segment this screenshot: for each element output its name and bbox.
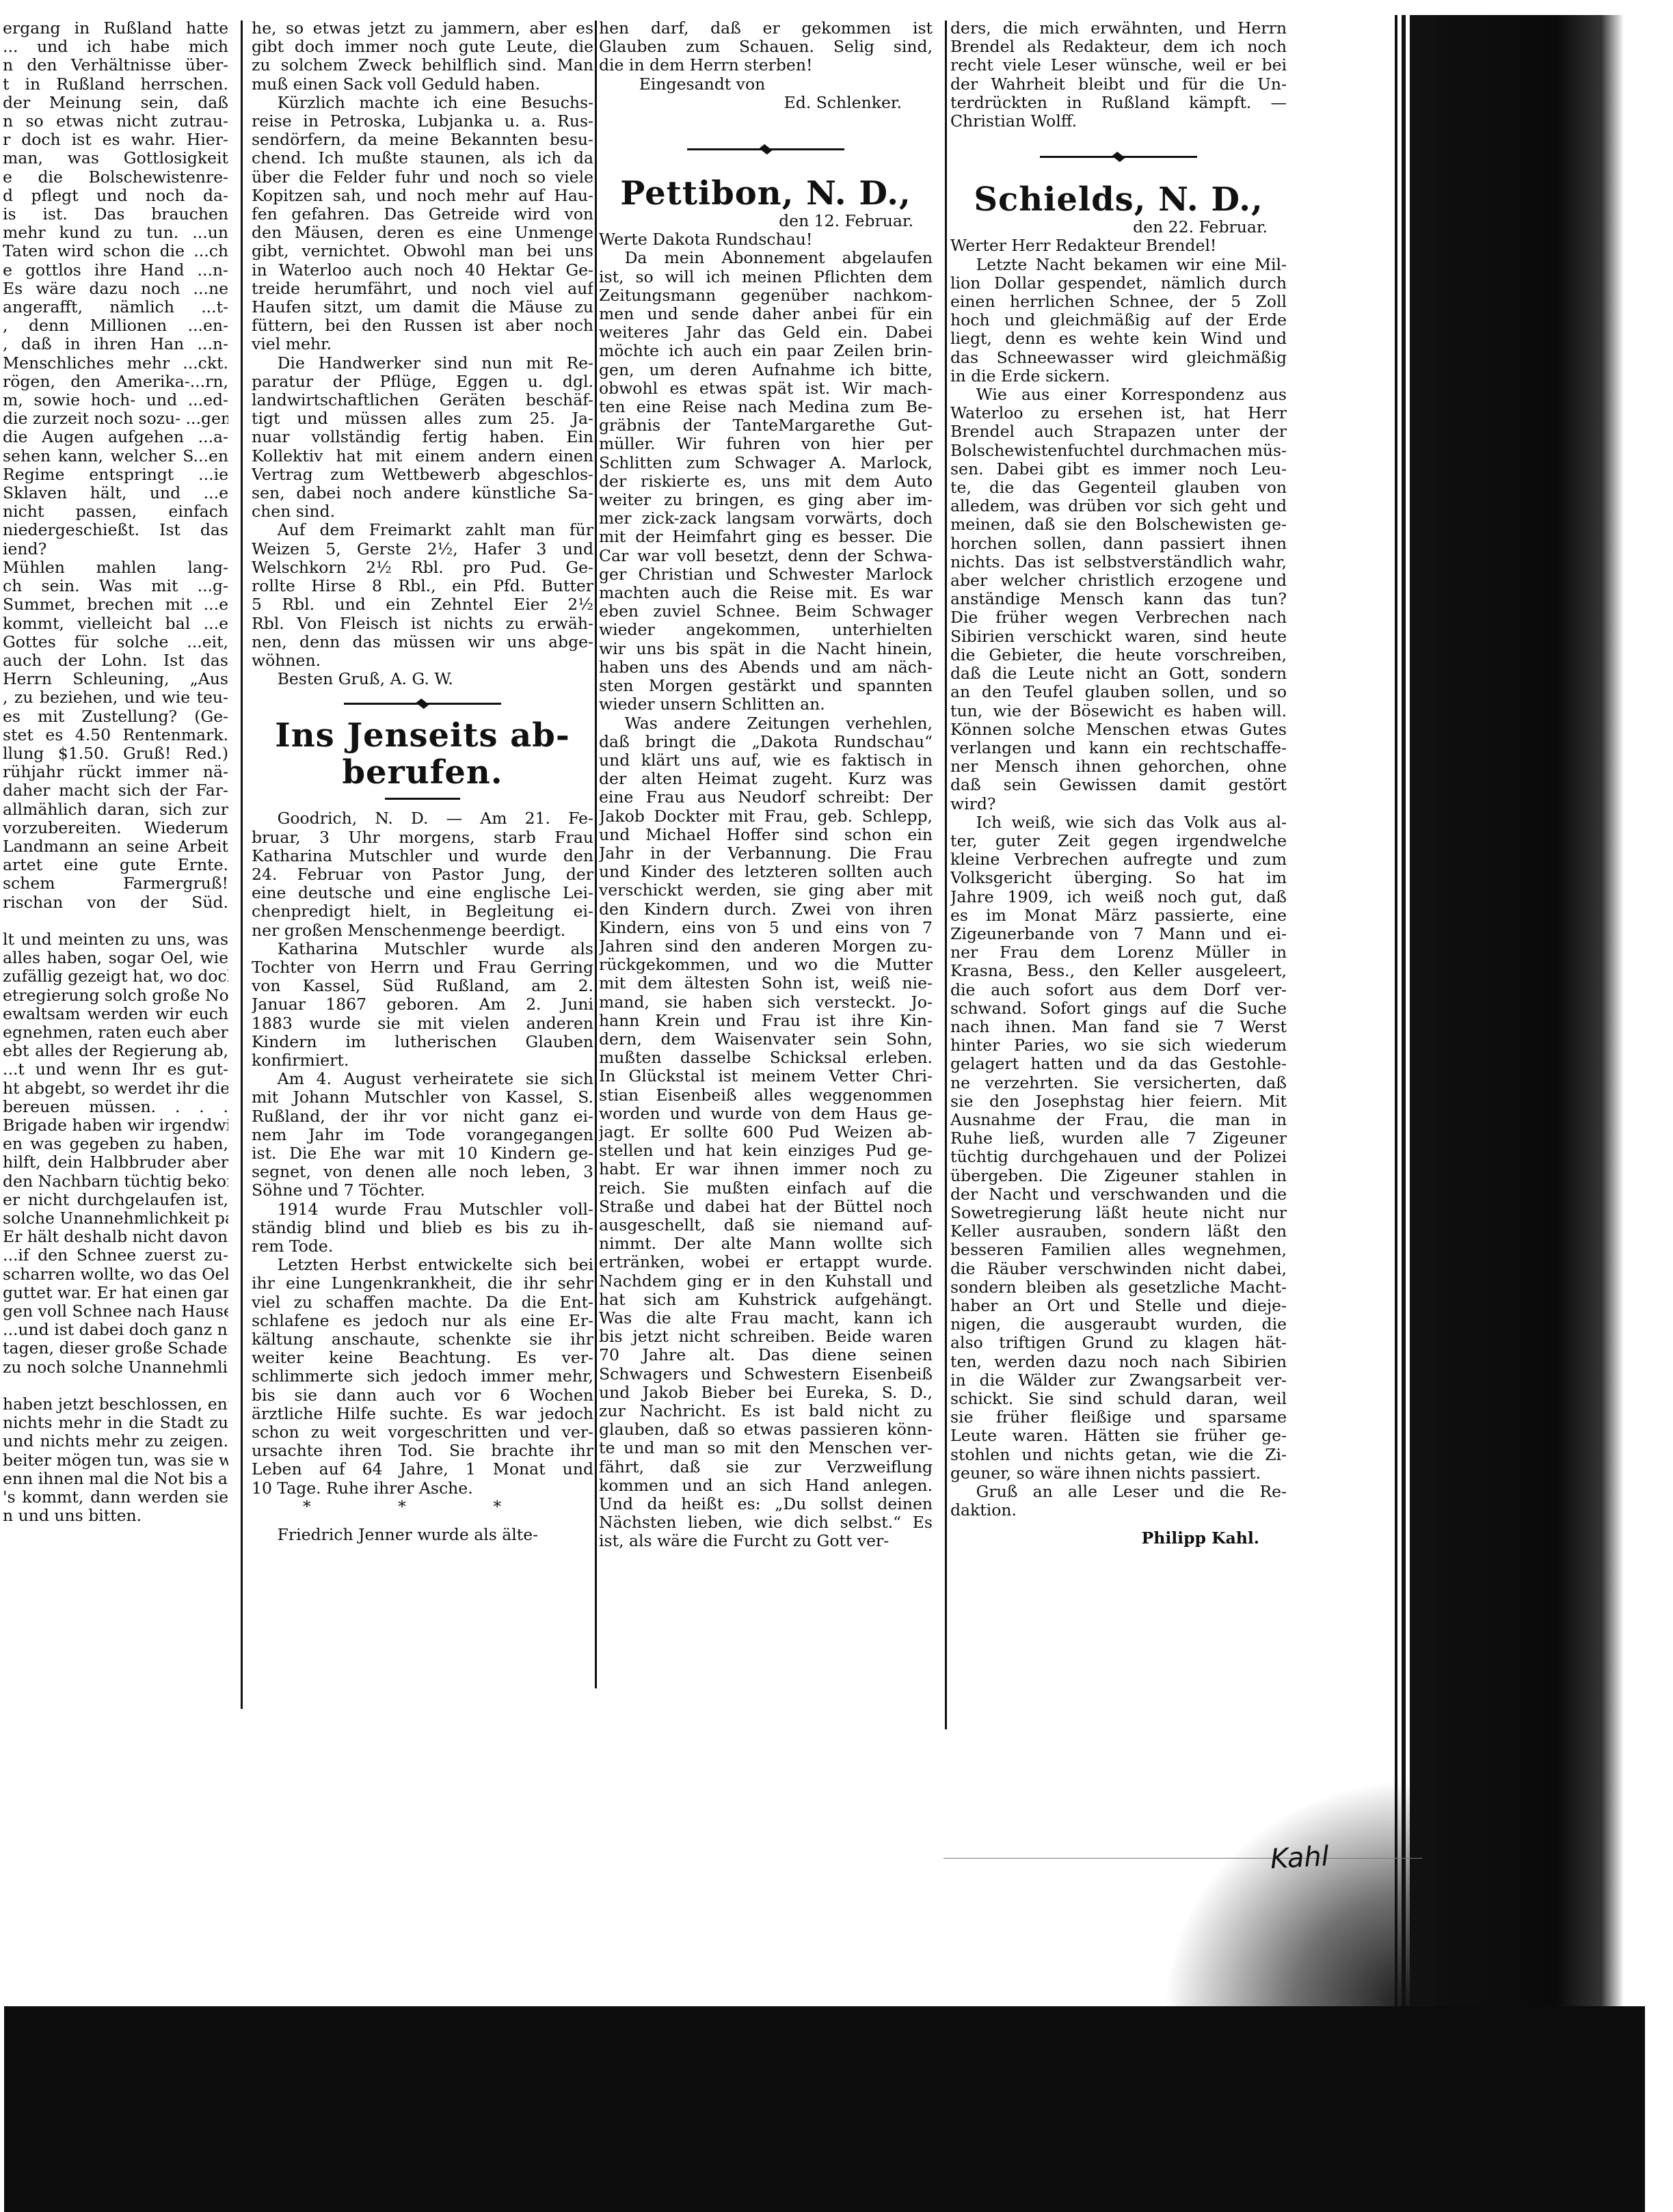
text-line: Kindern im lutherischen Glauben	[252, 1033, 593, 1051]
text-line: glauben, daß so etwas passieren könn-	[599, 1420, 933, 1439]
text-line: nach ihnen. Man fand sie 7 Werst	[950, 1018, 1287, 1036]
text-line: sendörfern, da meine Bekannten besu-	[252, 131, 593, 149]
text-line: nichts mehr in die Stadt zu	[3, 1414, 228, 1432]
text-line: schlafene es jedoch nur als eine Er-	[252, 1312, 593, 1330]
text-line: lt und meinten zu uns, was	[3, 930, 228, 949]
scan-border-bottom	[4, 2006, 1645, 2212]
text-line: Bolschewistenfuchtel durchmachen müs-	[950, 442, 1287, 460]
text-line: ten, werden dazu noch nach Sibirien	[950, 1353, 1287, 1371]
text-line: , zu beziehen, und wie teu-	[3, 688, 228, 707]
text-line: Und da heißt es: „Du sollst deinen	[599, 1495, 933, 1513]
column-3: hen darf, daß er gekommen istGlauben zum…	[599, 19, 933, 1551]
text-line: ...t und wenn Ihr es gut-	[3, 1060, 228, 1079]
text-line: ist, als wäre die Furcht zu Gott ver-	[599, 1532, 933, 1550]
text-line: mehr kund zu tun. ...un	[3, 224, 228, 242]
text-line: ...und ist dabei doch ganz nie-	[3, 1321, 228, 1339]
text-line: Nachdem ging er in den Kuhstall und	[599, 1272, 933, 1291]
text-line: liegt, denn es wehte kein Wind und	[950, 329, 1287, 348]
text-line: man, was Gottlosigkeit	[3, 149, 228, 167]
text-line: Keller ausrauben, sondern läßt den	[950, 1222, 1287, 1241]
text-line: Wie aus einer Korrespondenz aus	[950, 386, 1287, 404]
text-line: es mit Zustellung? (Ge-	[3, 707, 228, 726]
text-line: ihr eine Lungenkrankheit, die ihr sehr	[252, 1274, 593, 1293]
section-divider	[599, 139, 933, 159]
text-line: zu noch solche Unannehmlich-	[3, 1358, 228, 1377]
text-line: hann Krein und Frau ist ihre Kin-	[599, 1012, 933, 1030]
text-line: Vertrag zum Wettbewerb abgeschlos-	[252, 466, 593, 484]
text-line: Ich weiß, wie sich das Volk aus al-	[950, 813, 1287, 832]
headline-underline	[385, 798, 460, 800]
text-line: kältung anschaute, schenkte sie ihr	[252, 1330, 593, 1349]
text-line: sehen kann, welcher S...en	[3, 447, 228, 466]
text-line: Volksgericht überging. So hat im	[950, 869, 1287, 887]
text-line: in Waterloo auch noch 40 Hektar Ge-	[252, 261, 593, 280]
signature-philipp-kahl: Philipp Kahl.	[950, 1529, 1287, 1548]
text-line: zufällig gezeigt hat, wo doch	[3, 967, 228, 986]
text-line: Es wäre dazu noch ...ne	[3, 280, 228, 298]
text-line: gräbnis der TanteMargarethe Gut-	[599, 416, 933, 435]
text-line: artet eine gute Ernte.	[3, 856, 228, 874]
column-rule-3	[945, 21, 947, 1729]
text-line: die Räuber verschwinden nicht dabei,	[950, 1260, 1287, 1278]
text-line: nuar vollständig fertig haben. Ein	[252, 428, 593, 446]
text-line: schlimmerte sich jedoch immer mehr,	[252, 1367, 593, 1386]
text-line: ...if den Schnee zuerst zu-	[3, 1246, 228, 1265]
text-line: te und man so mit den Menschen ver-	[599, 1439, 933, 1457]
headline-pettibon: Pettibon, N. D.,	[599, 175, 933, 212]
text-line: wöhnen.	[252, 651, 593, 670]
text-line: Brendel auch Strapazen unter der	[950, 422, 1287, 441]
text-line: 1914 wurde Frau Mutschler voll-	[252, 1200, 593, 1219]
text-line: enn ihnen mal die Not bis an	[3, 1470, 228, 1488]
text-line: Am 4. August verheiratete sie sich	[252, 1070, 593, 1088]
text-line: geuner, so wäre ihnen nichts passiert.	[950, 1464, 1287, 1483]
text-line: Kollektiv hat mit einem andern einen	[252, 447, 593, 466]
submitted-by-name: Ed. Schlenker.	[599, 94, 933, 112]
text-line: dern, dem Waisenvater sein Sohn,	[599, 1030, 933, 1049]
text-line: Weizen 5, Gerste 2½, Hafer 3 und	[252, 540, 593, 558]
column-rule-1	[241, 21, 243, 1709]
text-line: e die Bolschewistenre-	[3, 168, 228, 187]
text-line: bis sie dann auch vor 6 Wochen	[252, 1386, 593, 1405]
salutation-schields: Werter Herr Redakteur Brendel!	[950, 237, 1287, 255]
text-line: der Nacht und verschwanden und die	[950, 1185, 1287, 1204]
text-line: einen herrlichen Schnee, der 5 Zoll	[950, 293, 1287, 311]
text-line: d pflegt und noch da-	[3, 187, 228, 205]
text-line: verschickt werden, sie ging aber mit	[599, 881, 933, 900]
text-line: aber welcher christlich erzogene und	[950, 571, 1287, 590]
col4-para-3: Ich weiß, wie sich das Volk aus al-ter, …	[950, 813, 1287, 1483]
text-line: Straße und dabei hat der Büttel noch	[599, 1198, 933, 1216]
text-line: hat sich am Kuhstrick aufgehängt.	[599, 1291, 933, 1309]
text-line: konfirmiert.	[252, 1051, 593, 1070]
text-line: daß bringt die „Dakota Rundschau“	[599, 733, 933, 751]
text-line: niedergeschießt. Ist das	[3, 521, 228, 539]
text-line: schickt. Sie sind schuld daran, weil	[950, 1390, 1287, 1408]
text-line: Auf dem Freimarkt zahlt man für	[252, 521, 593, 539]
text-line: möchte ich auch ein paar Zeilen brin-	[599, 342, 933, 360]
text-line: besseren Familien alles wegnehmen,	[950, 1241, 1287, 1259]
text-line: ten eine Reise nach Medina zum Be-	[599, 398, 933, 416]
text-line: 5 Rbl. und ein Zehntel Eier 2½	[252, 595, 593, 614]
text-line: mußten dasselbe Schicksal erleben.	[599, 1049, 933, 1067]
text-line: die auch sofort aus dem Dorf ver-	[950, 981, 1287, 999]
text-line: und Michael Hoffer sind schon ein	[599, 826, 933, 844]
text-line: der Meinung sein, daß	[3, 94, 228, 112]
text-line: die Augen aufgehen ...a-	[3, 428, 228, 446]
text-line: hinter Paries, wo sie sich wiederum	[950, 1036, 1287, 1055]
text-line: Sowetregierung läßt heute nicht nur	[950, 1204, 1287, 1222]
text-line: Was die alte Frau macht, kann ich	[599, 1309, 933, 1327]
column-2: he, so etwas jetzt zu jammern, aber esgi…	[252, 19, 593, 1544]
text-line: ertränken, wobei er ertappt wurde.	[599, 1253, 933, 1271]
text-line: haber an Ort und Stelle und dieje-	[950, 1297, 1287, 1315]
text-line: beiter mögen tun, was sie wol-	[3, 1451, 228, 1470]
text-line	[3, 912, 228, 930]
text-line: 's kommt, dann werden sie	[3, 1488, 228, 1507]
text-line: Sibirien verschickt waren, sind heute	[950, 628, 1287, 646]
text-line: sen. Dabei gibt es immer noch Leu-	[950, 460, 1287, 478]
text-line: viel mehr.	[252, 335, 593, 353]
text-line: Zigeunerbande von 7 Mann und ei-	[950, 925, 1287, 943]
text-line: solche Unannehmlichkeit pas-	[3, 1209, 228, 1228]
text-line: hoch und gleichmäßig auf der Erde	[950, 311, 1287, 329]
text-line: Nächsten lieben, wie dich selbst.“ Es	[599, 1513, 933, 1532]
text-line: Gottes für solche ...eit,	[3, 633, 228, 651]
text-line: Ruhe ließ, wurden alle 7 Zigeuner	[950, 1129, 1287, 1148]
text-line: rückgekommen, und wo die Mutter	[599, 956, 933, 974]
text-line: Waterloo zu ersehen ist, hat Herr	[950, 404, 1287, 422]
text-line: bereuen müssen. . . .	[3, 1098, 228, 1116]
text-line: nigen, die ausgeraubt wurden, die	[950, 1315, 1287, 1334]
submitted-by-label: Eingesandt von	[599, 75, 933, 94]
text-line: m, sowie hoch- und ...ed-	[3, 391, 228, 409]
text-line: ewaltsam werden wir euch	[3, 1005, 228, 1023]
col4-closing: Gruß an alle Leser und die Re-daktion.	[950, 1483, 1287, 1520]
text-line: Glauben zum Schauen. Selig sind,	[599, 38, 933, 56]
text-line: iend?	[3, 540, 228, 558]
text-line: lion Dollar gespendet, nämlich durch	[950, 274, 1287, 293]
text-line: müller. Wir fuhren von hier per	[599, 435, 933, 453]
text-line: übergeben. Die Zigeuner stahlen in	[950, 1167, 1287, 1185]
text-line: schem Farmergruß!	[3, 874, 228, 893]
text-line: ergang in Rußland hatte	[3, 19, 228, 38]
text-line: llung $1.50. Gruß! Red.)	[3, 744, 228, 763]
text-line: ders, die mich erwähnten, und Herrn	[950, 19, 1287, 38]
text-line: ger Christian und Schwester Marlock	[599, 565, 933, 584]
text-line: reise in Petroska, Lubjanka u. a. Rus-	[252, 112, 593, 131]
column-4: ders, die mich erwähnten, und HerrnBrend…	[950, 19, 1287, 1548]
text-line: Landmann an seine Arbeit	[3, 837, 228, 856]
col2-intro: he, so etwas jetzt zu jammern, aber esgi…	[252, 19, 593, 94]
text-line: kommt, vielleicht bal ...e	[3, 615, 228, 633]
text-line: Letzten Herbst entwickelte sich bei	[252, 1256, 593, 1274]
text-line: Rußland, der ihr vor nicht ganz ei-	[252, 1107, 593, 1126]
text-line: terdrückten in Rußland kämpft. —	[950, 94, 1287, 112]
text-line: tagen, dieser große Schaden	[3, 1339, 228, 1358]
column-1: ergang in Rußland hatte... und ich habe …	[3, 19, 228, 1525]
text-line: treide herumfährt, und noch viel auf	[252, 280, 593, 298]
text-line: die zurzeit noch sozu- ...gen	[3, 409, 228, 428]
text-line: daß die Leute nicht an Gott, sondern	[950, 664, 1287, 683]
text-line: gen voll Schnee nach Hause	[3, 1302, 228, 1321]
scan-border-edge-lines	[1395, 15, 1436, 2032]
text-line: nicht passen, einfach	[3, 502, 228, 521]
text-line: allmählich daran, sich zur	[3, 800, 228, 819]
text-line: Rbl. Von Fleisch ist nichts zu erwäh-	[252, 615, 593, 633]
headline-obituary-2: berufen.	[252, 754, 593, 791]
text-line: reich. Sie mußten einfach auf die	[599, 1179, 933, 1198]
text-line: Letzte Nacht bekamen wir eine Mil-	[950, 256, 1287, 274]
text-line: vorzubereiten. Wiederum	[3, 819, 228, 837]
text-line: zur Nachricht. Es ist bald nicht zu	[599, 1402, 933, 1420]
text-line: segnet, von denen alle noch leben, 3	[252, 1163, 593, 1181]
col3-para-1: Da mein Abonnement abgelaufenist, so wil…	[599, 249, 933, 714]
text-line: ch sein. Was mit ...g-	[3, 577, 228, 595]
text-line: Januar 1867 geboren. Am 2. Juni	[252, 995, 593, 1014]
text-line: Jahren sind den anderen Morgen zu-	[599, 937, 933, 956]
text-line: tüchtig durchgehauen und der Polizei	[950, 1148, 1287, 1166]
text-line: Mühlen mahlen lang-	[3, 558, 228, 577]
text-line: schwand. Sofort gings auf die Suche	[950, 999, 1287, 1018]
text-line: Sklaven hält, und ...e	[3, 484, 228, 502]
col2-last-line: Friedrich Jenner wurde als älte-	[252, 1526, 593, 1544]
text-line: in die Wälder zur Zwangsarbeit ver-	[950, 1371, 1287, 1390]
text-line: stohlen und nichts getan, wie die Zi-	[950, 1446, 1287, 1464]
text-line: hilft, dein Halbbruder aber	[3, 1153, 228, 1172]
text-line: Regime entspringt ...ie	[3, 466, 228, 484]
text-line: ist. Die Ehe war mit 10 Kindern ge-	[252, 1144, 593, 1163]
text-line: ärztliche Hilfe suchte. Es war jedoch	[252, 1405, 593, 1423]
text-line: das Schneewasser wird gleichmäßig	[950, 349, 1287, 367]
text-line: ner Mensch ihnen gehorchen, ohne	[950, 757, 1287, 776]
text-line: chenpredigt hielt, in Begleitung ei-	[252, 902, 593, 921]
text-line: Leben auf 64 Jahre, 1 Monat und	[252, 1460, 593, 1479]
text-line: weiteres Jahr das Geld ein. Dabei	[599, 323, 933, 342]
text-line: 10 Tage. Ruhe ihrer Asche.	[252, 1479, 593, 1498]
text-line: 70 Jahre alt. Das diene seinen	[599, 1346, 933, 1364]
col3-para-2: Was andere Zeitungen verhehlen,daß bring…	[599, 714, 933, 1551]
text-line: Katharina Mutschler wurde als	[252, 940, 593, 958]
text-line: weiter keine Beachtung. Es ver-	[252, 1349, 593, 1367]
text-line: Summet, brechen mit ...e	[3, 595, 228, 614]
salutation-pettibon: Werte Dakota Rundschau!	[599, 230, 933, 249]
text-line: Da mein Abonnement abgelaufen	[599, 249, 933, 267]
text-line: ausgeschellt, daß sie niemand auf-	[599, 1216, 933, 1235]
text-line: daher macht sich der Far-	[3, 781, 228, 800]
text-line: Brigade haben wir irgendwie,	[3, 1116, 228, 1135]
text-line: Ausnahme der Frau, die man in	[950, 1111, 1287, 1129]
text-line: mit der Heimfahrt ging es besser. Die	[599, 528, 933, 546]
text-line: tun, wie der Bösewicht es haben will.	[950, 702, 1287, 720]
text-line: wieder unsern Schlitten an.	[599, 695, 933, 714]
text-line: mand, sie haben sich versteckt. Jo-	[599, 993, 933, 1012]
text-line: Tochter von Herrn und Frau Gerring	[252, 958, 593, 977]
text-line: chen sind.	[252, 502, 593, 521]
text-line: meinen, daß sie den Bolschewisten ge-	[950, 515, 1287, 534]
text-line: Katharina Mutschler und wurde den	[252, 847, 593, 865]
text-line: und Kinder des letzteren sollten auch	[599, 863, 933, 881]
text-line: daktion.	[950, 1501, 1287, 1520]
text-line: eine deutsche und eine englische Lei-	[252, 884, 593, 902]
text-line: worden und wurde von dem Haus ge-	[599, 1105, 933, 1123]
text-line: gen, um deren Aufnahme ich bitte,	[599, 361, 933, 379]
text-line: eine Frau aus Neudorf schreibt: Der	[599, 788, 933, 807]
text-line: mer zick-zack langsam vorwärts, doch	[599, 509, 933, 528]
text-line: ner großen Menschenmenge beerdigt.	[252, 921, 593, 940]
text-line: er nicht durchgelaufen ist,	[3, 1191, 228, 1209]
text-line: r doch ist es wahr. Hier-	[3, 131, 228, 149]
text-line: weiter zu bringen, es ging aber im-	[599, 491, 933, 509]
text-line: Brendel als Redakteur, dem ich noch	[950, 38, 1287, 56]
text-line: die Gebieter, die heute vorschreiben,	[950, 646, 1287, 664]
text-line: Jahre 1909, ich weiß noch gut, daß	[950, 888, 1287, 906]
text-line: verlangen und kann ein rechtschaffe-	[950, 739, 1287, 757]
section-divider	[252, 694, 593, 713]
text-line: 24. Februar von Pastor Jung, der	[252, 865, 593, 884]
text-line: ner Frau dem Lorenz Müller in	[950, 943, 1287, 962]
text-line: he, so etwas jetzt zu jammern, aber es	[252, 19, 593, 38]
text-line: en was gegeben zu haben,	[3, 1135, 228, 1153]
text-line: angerafft, nämlich ...t-	[3, 298, 228, 316]
text-line: habt. Er war ihnen immer noch zu	[599, 1160, 933, 1178]
text-line: Können solche Menschen etwas Gutes	[950, 720, 1287, 739]
text-line: Krasna, Bess., den Keller ausgeleert,	[950, 962, 1287, 980]
text-line: gibt doch immer noch gute Leute, die	[252, 38, 593, 56]
text-line: an den Teufel glauben sollen, und so	[950, 683, 1287, 701]
text-line: es im Monat März passierte, eine	[950, 906, 1287, 925]
text-line: Christian Wolff.	[950, 112, 1287, 131]
obit-para-5: Letzten Herbst entwickelte sich beiihr e…	[252, 1256, 593, 1498]
text-line: rem Tode.	[252, 1237, 593, 1256]
text-line: nimmt. Der alte Mann wollte sich	[599, 1235, 933, 1253]
text-line: ne verzehrten. Sie versicherten, daß	[950, 1074, 1287, 1092]
text-line: kommen und an sich Hand anlegen.	[599, 1476, 933, 1495]
text-line: men und sende daher anbei für ein	[599, 305, 933, 323]
headline-schields: Schields, N. D.,	[950, 181, 1287, 218]
column-rule-2	[595, 21, 597, 1688]
text-line: Leute waren. Hätten sie früher ge-	[950, 1427, 1287, 1445]
text-line: Jahr in der Verbannung. Die Frau	[599, 844, 933, 863]
text-line: haben uns des Abends und am näch-	[599, 658, 933, 677]
text-line: t in Rußland herrschen.	[3, 75, 228, 94]
handwritten-annotation: Kahl	[1270, 1841, 1330, 1875]
text-line: Was andere Zeitungen verhehlen,	[599, 714, 933, 733]
text-line: stellen und hat kein einziges Pud ge-	[599, 1142, 933, 1160]
text-line: rollte Hirse 8 Rbl., ein Pfd. Butter	[252, 577, 593, 595]
text-line: Die früher wegen Verbrechen nach	[950, 608, 1287, 627]
text-line: is ist. Das brauchen	[3, 205, 228, 224]
text-line: gelagert hatten und da das Gestohle-	[950, 1055, 1287, 1073]
col2-para-visit: Kürzlich machte ich eine Besuchs-reise i…	[252, 94, 593, 354]
text-line: horchen sollen, dann passiert ihnen	[950, 535, 1287, 553]
text-line: In Glückstal ist meinem Vetter Chri-	[599, 1067, 933, 1085]
text-line: etregierung solch große Not	[3, 986, 228, 1005]
text-line: Söhne und 7 Töchter.	[252, 1181, 593, 1200]
text-line: scharren wollte, wo das Oel	[3, 1265, 228, 1284]
obit-para-2: Katharina Mutschler wurde alsTochter von…	[252, 940, 593, 1070]
text-line: muß einen Sack voll Geduld haben.	[252, 75, 593, 94]
text-line: bruar, 3 Uhr morgens, starb Frau	[252, 828, 593, 847]
text-line: daß sein Gewissen damit gestört	[950, 776, 1287, 794]
text-line: stet es 4.50 Rentenmark.	[3, 726, 228, 744]
text-line: stian Eisenbeiß alles weggenommen	[599, 1086, 933, 1105]
text-line: ... und ich habe mich	[3, 38, 228, 56]
text-line: der Wahrheit bleibt und für die Un-	[950, 75, 1287, 94]
text-line: Kopitzen sah, und noch mehr auf Hau-	[252, 187, 593, 205]
text-line: landwirtschaftlichen Geräten beschäf-	[252, 391, 593, 409]
text-line: den Mäusen, deren es eine Unmenge	[252, 224, 593, 242]
text-line: den Kindern durch. Zwei von ihren	[599, 900, 933, 919]
text-line: von Kassel, Süd Rußland, am 2.	[252, 977, 593, 995]
text-line: machten auch die Reise mit. Es war	[599, 584, 933, 602]
text-line: Menschliches mehr ...ckt.	[3, 354, 228, 373]
text-line: also triftigen Grund zu klagen hät-	[950, 1334, 1287, 1352]
text-line: ebt alles der Regierung ab,	[3, 1042, 228, 1060]
text-line: den Nachbarn tüchtig bekom-	[3, 1172, 228, 1191]
text-line: hen darf, daß er gekommen ist	[599, 19, 933, 38]
text-line	[3, 1377, 228, 1395]
text-line: sie früher fleißige und sparsame	[950, 1408, 1287, 1427]
text-line: ständig blind und blieb es bis zu ih-	[252, 1219, 593, 1237]
text-line: haben jetzt beschlossen, ent-	[3, 1395, 228, 1414]
text-line: der riskierte es, uns mit dem Auto	[599, 472, 933, 491]
text-line: sten Morgen gestärkt und spannten	[599, 677, 933, 695]
text-line: Kindern, eins von 5 und eins von 7	[599, 919, 933, 937]
text-line: nen, denn das müssen wir uns abge-	[252, 633, 593, 651]
text-line: Gruß an alle Leser und die Re-	[950, 1483, 1287, 1501]
text-line: füttern, bei den Russen ist aber noch	[252, 316, 593, 335]
text-line: fährt, daß sie zur Verzweiflung	[599, 1458, 933, 1476]
col4-intro: ders, die mich erwähnten, und HerrnBrend…	[950, 19, 1287, 131]
text-line: alledem, was drüben vor sich geht und	[950, 497, 1287, 515]
text-line: ursachte ihren Tod. Sie brachte ihr	[252, 1442, 593, 1460]
col2-signoff: Besten Gruß, A. G. W.	[252, 670, 593, 688]
text-line: ter, guter Zeit gegen irgendwelche	[950, 832, 1287, 850]
col4-para-2: Wie aus einer Korrespondenz ausWaterloo …	[950, 386, 1287, 813]
text-line: Taten wird schon die ...ch	[3, 242, 228, 260]
text-line: paratur der Pflüge, Eggen u. dgl.	[252, 373, 593, 391]
text-line: Goodrich, N. D. — Am 21. Fe-	[252, 809, 593, 828]
text-line: alles haben, sogar Oel, wie	[3, 949, 228, 967]
text-line: Die Handwerker sind nun mit Re-	[252, 354, 593, 373]
text-line: ht abgebt, so werdet ihr die	[3, 1079, 228, 1098]
text-line: schon zu weit vorgeschritten und ver-	[252, 1423, 593, 1442]
text-line: Schwagers und Schwestern Eisenbeiß	[599, 1365, 933, 1384]
text-line: bis jetzt nicht schreiben. Beide waren	[599, 1327, 933, 1346]
col3-intro: hen darf, daß er gekommen istGlauben zum…	[599, 19, 933, 75]
text-line: Herrn Schleuning, „Aus	[3, 670, 228, 688]
text-line: n den Verhältnisse über-	[3, 56, 228, 75]
text-line: egnehmen, raten euch aber in	[3, 1023, 228, 1042]
text-line: zu solchem Zweck behilflich sind. Man	[252, 56, 593, 75]
dateline-schields: den 22. Februar.	[950, 218, 1287, 237]
text-line: wird?	[950, 795, 1287, 813]
text-line: Schlitten zum Schwager A. Marlock,	[599, 454, 933, 472]
text-line: e gottlos ihre Hand ...n-	[3, 261, 228, 280]
text-line: rögen, den Amerika-...rn,	[3, 373, 228, 391]
dateline-pettibon: den 12. Februar.	[599, 212, 933, 230]
text-line: 1883 wurde sie mit vielen anderen	[252, 1014, 593, 1033]
text-line: und klärt uns auf, wie es faktisch in	[599, 751, 933, 770]
text-line: sondern bleiben als gesetzliche Macht-	[950, 1278, 1287, 1297]
text-line: fen gefahren. Das Getreide wird von	[252, 205, 593, 224]
text-line: sie den Josephstag hier feiern. Mit	[950, 1092, 1287, 1111]
scan-shadow-corner	[1162, 1777, 1422, 2010]
text-line: rischan von der Süd.	[3, 893, 228, 912]
text-line: mit dem ältesten Sohn ist, weiß nie-	[599, 974, 933, 993]
text-line: eben zuviel Schnee. Beim Schwager	[599, 602, 933, 621]
